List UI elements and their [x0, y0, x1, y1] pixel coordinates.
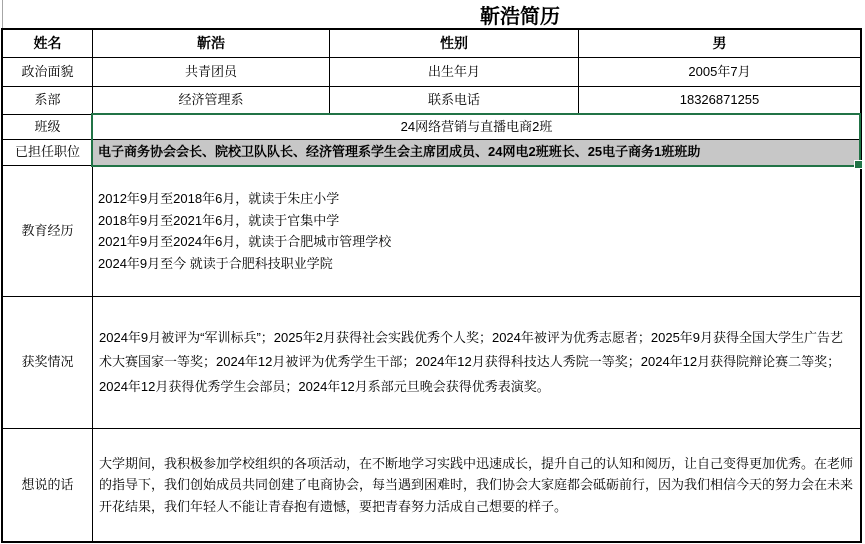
awards-text: 2024年9月被评为“军训标兵”；2025年2月获得社会实践优秀个人奖；2024…	[99, 326, 855, 400]
resume-title-cell[interactable]: 靳浩简历	[2, 0, 863, 28]
spreadsheet-resume-page: 靳浩简历 姓名 靳浩 性别 男 政治面貌 共青团员 出生年月 2005年7月 系…	[0, 0, 865, 544]
table-row: 教育经历 2012年9月至2018年6月，就读于朱庄小学 2018年9月至202…	[3, 166, 860, 297]
cell-political-value[interactable]: 共青团员	[93, 58, 330, 86]
education-line: 2012年9月至2018年6月，就读于朱庄小学	[98, 188, 339, 210]
table-row: 系部 经济管理系 联系电话 18326871255	[3, 87, 860, 115]
table-row: 获奖情况 2024年9月被评为“军训标兵”；2025年2月获得社会实践优秀个人奖…	[3, 297, 860, 429]
cell-gender-value[interactable]: 男	[579, 30, 860, 57]
table-row: 姓名 靳浩 性别 男	[3, 30, 860, 58]
cell-birth-label[interactable]: 出生年月	[330, 58, 579, 86]
education-line: 2021年9月至2024年6月，就读于合肥城市管理学校	[98, 231, 391, 253]
cell-awards-value[interactable]: 2024年9月被评为“军训标兵”；2025年2月获得社会实践优秀个人奖；2024…	[93, 297, 860, 428]
cell-awards-label[interactable]: 获奖情况	[3, 297, 93, 428]
cell-message-label[interactable]: 想说的话	[3, 429, 93, 541]
cell-class-label[interactable]: 班级	[3, 115, 93, 139]
cell-birth-value[interactable]: 2005年7月	[579, 58, 860, 86]
cell-political-label[interactable]: 政治面貌	[3, 58, 93, 86]
education-line: 2024年9月至今 就读于合肥科技职业学院	[98, 253, 333, 275]
cell-name-value[interactable]: 靳浩	[93, 30, 330, 57]
cell-department-value[interactable]: 经济管理系	[93, 87, 330, 114]
cell-name-label[interactable]: 姓名	[3, 30, 93, 57]
message-text: 大学期间，我积极参加学校组织的各项活动，在不断地学习实践中迅速成长，提升自己的认…	[99, 453, 855, 518]
cell-department-label[interactable]: 系部	[3, 87, 93, 114]
cell-education-value[interactable]: 2012年9月至2018年6月，就读于朱庄小学 2018年9月至2021年6月，…	[93, 166, 860, 296]
page-title: 靳浩简历	[480, 0, 560, 29]
cell-gender-label[interactable]: 性别	[330, 30, 579, 57]
cell-phone-label[interactable]: 联系电话	[330, 87, 579, 114]
cell-message-value[interactable]: 大学期间，我积极参加学校组织的各项活动，在不断地学习实践中迅速成长，提升自己的认…	[93, 429, 860, 541]
cell-education-label[interactable]: 教育经历	[3, 166, 93, 296]
cell-positions-value[interactable]: 电子商务协会会长、院校卫队队长、经济管理系学生会主席团成员、24网电2班班长、2…	[93, 140, 860, 165]
table-row: 政治面貌 共青团员 出生年月 2005年7月	[3, 58, 860, 87]
selection-fill-handle[interactable]	[854, 160, 863, 169]
cell-positions-label[interactable]: 已担任职位	[3, 140, 93, 165]
resume-table: 姓名 靳浩 性别 男 政治面貌 共青团员 出生年月 2005年7月 系部 经济管…	[1, 28, 862, 543]
table-row: 班级 24网络营销与直播电商2班	[3, 115, 860, 140]
education-line: 2018年9月至2021年6月，就读于官集中学	[98, 210, 339, 232]
table-row: 想说的话 大学期间，我积极参加学校组织的各项活动，在不断地学习实践中迅速成长，提…	[3, 429, 860, 541]
cell-class-value[interactable]: 24网络营销与直播电商2班	[93, 115, 860, 139]
table-row: 已担任职位 电子商务协会会长、院校卫队队长、经济管理系学生会主席团成员、24网电…	[3, 140, 860, 166]
cell-phone-value[interactable]: 18326871255	[579, 87, 860, 114]
